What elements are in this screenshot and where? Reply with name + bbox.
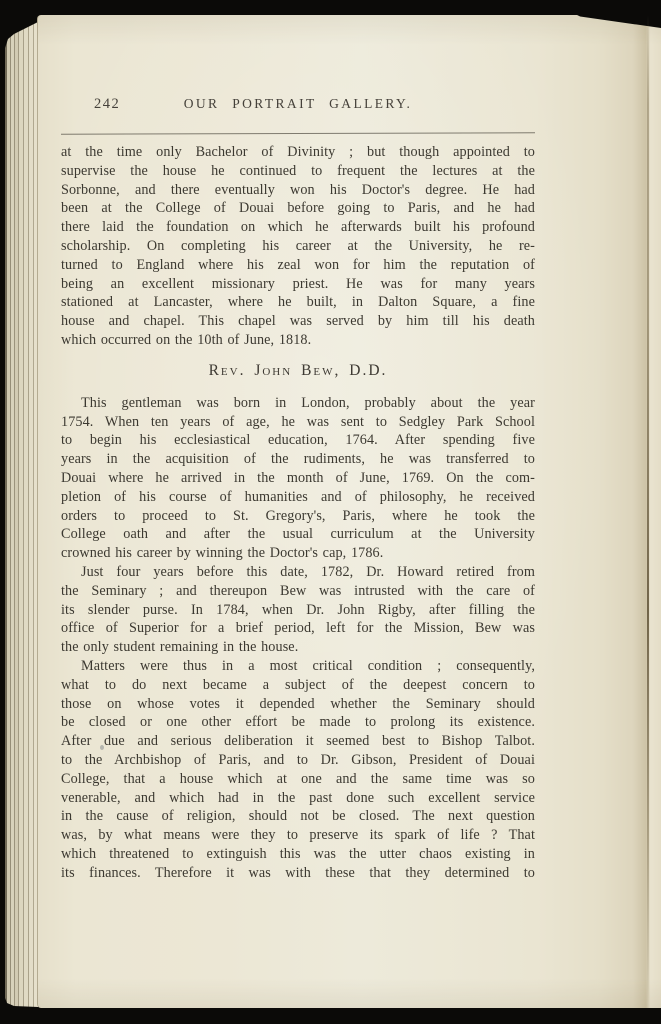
text-line: pletion of his course of humanities and … bbox=[61, 488, 535, 507]
text-line: in the cause of religion, should not be … bbox=[61, 807, 535, 826]
text-line: years in the acquisition of the rudiment… bbox=[61, 450, 535, 469]
header-rule bbox=[61, 132, 535, 134]
text-line: its slender purse. In 1784, when Dr. Joh… bbox=[61, 601, 535, 620]
text-line: the only student remaining in the house. bbox=[61, 638, 535, 657]
text-line: Sorbonne, and there eventually won his D… bbox=[61, 181, 535, 200]
text-line: the Seminary ; and thereupon Bew was int… bbox=[61, 582, 535, 601]
text-line: being an excellent missionary priest. He… bbox=[61, 275, 535, 294]
page-stack-edges bbox=[5, 22, 38, 1007]
text-line: been at the College of Douai before goin… bbox=[61, 199, 535, 218]
text-line: This gentleman was born in London, proba… bbox=[61, 394, 535, 413]
text-line: Douai where he arrived in the month of J… bbox=[61, 469, 535, 488]
text-line: to the Archbishop of Paris, and to Dr. G… bbox=[61, 751, 535, 770]
text-line: office of Superior for a brief period, l… bbox=[61, 619, 535, 638]
text-line: its finances. Therefore it was with thes… bbox=[61, 864, 535, 883]
running-head: OUR PORTRAIT GALLERY. bbox=[61, 96, 535, 112]
text-line: at the time only Bachelor of Divinity ; … bbox=[61, 143, 535, 162]
page-content: 242 OUR PORTRAIT GALLERY. at the time on… bbox=[61, 96, 535, 882]
scan-background: 242 OUR PORTRAIT GALLERY. at the time on… bbox=[0, 0, 661, 1024]
gutter-crease bbox=[647, 15, 649, 1008]
text-line: be closed or one other effort be made to… bbox=[61, 713, 535, 732]
text-line: those on whose votes it depended whether… bbox=[61, 695, 535, 714]
text-line: College, that a house which at one and t… bbox=[61, 770, 535, 789]
text-line: Matters were thus in a most critical con… bbox=[61, 657, 535, 676]
text-line: turned to England where his zeal won for… bbox=[61, 256, 535, 275]
text-line: what to do next became a subject of the … bbox=[61, 676, 535, 695]
text-line: there laid the foundation on which he af… bbox=[61, 218, 535, 237]
article-body: at the time only Bachelor of Divinity ; … bbox=[61, 143, 535, 882]
text-line: supervise the house he continued to freq… bbox=[61, 162, 535, 181]
text-line: to begin his ecclesiastical education, 1… bbox=[61, 431, 535, 450]
text-line: house and chapel. This chapel was served… bbox=[61, 312, 535, 331]
text-line: orders to proceed to St. Gregory's, Pari… bbox=[61, 507, 535, 526]
text-line: scholarship. On completing his career at… bbox=[61, 237, 535, 256]
text-line: Just four years before this date, 1782, … bbox=[61, 563, 535, 582]
section-heading: Rev. John Bew, D.D. bbox=[61, 362, 535, 384]
text-line: venerable, and which had in the past don… bbox=[61, 789, 535, 808]
text-line: was, by what means were they to preserve… bbox=[61, 826, 535, 845]
text-line: stationed at Lancaster, where he built, … bbox=[61, 293, 535, 312]
text-line: 1754. When ten years of age, he was sent… bbox=[61, 413, 535, 432]
text-line: which occurred on the 10th of June, 1818… bbox=[61, 331, 535, 350]
text-line: After due and serious deliberation it se… bbox=[61, 732, 535, 751]
page-header: 242 OUR PORTRAIT GALLERY. bbox=[61, 96, 535, 114]
text-line: crowned his career by winning the Doctor… bbox=[61, 544, 535, 563]
text-line: which threatened to extinguish this was … bbox=[61, 845, 535, 864]
text-line: College oath and after the usual curricu… bbox=[61, 525, 535, 544]
